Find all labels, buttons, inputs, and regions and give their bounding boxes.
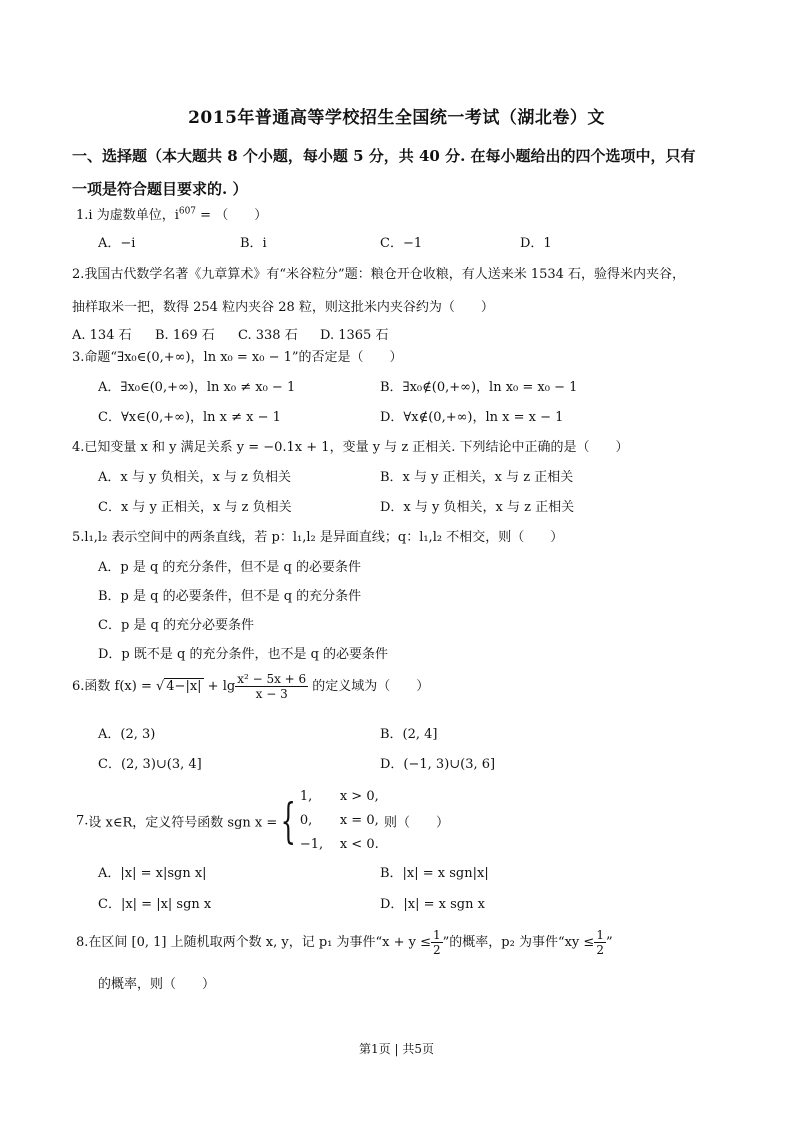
q4-option-c: C．x 与 y 正相关，x 与 z 负相关 (98, 496, 292, 515)
stem-tail: 的定义域为（ ） (308, 679, 429, 694)
question-number: 8. (76, 935, 88, 950)
q5-option-b: B．p 是 q 的必要条件，但不是 q 的充分条件 (98, 585, 361, 604)
q5-option-d: D．p 既不是 q 的充分条件，也不是 q 的必要条件 (98, 643, 388, 662)
question-1-stem: 1.i 为虚数单位，i607 = （ ） (76, 204, 267, 223)
stem-tail: 则（ ） (380, 816, 449, 831)
stem-text: i 为虚数单位，i (88, 208, 178, 223)
case-condition: x < 0. (340, 833, 380, 857)
page-footer: 第1页 | 共5页 (0, 1040, 793, 1057)
question-3-stem: 3.命题“∃x₀∈(0,+∞)，ln x₀ = x₀ − 1”的否定是（ ） (72, 346, 403, 365)
left-brace-icon: { (281, 797, 296, 845)
case-value: −1, (300, 833, 340, 857)
q1-option-d: D．1 (520, 232, 552, 251)
numerator: 1 (431, 928, 443, 943)
case-row: 0,x = 0, (300, 809, 380, 833)
q4-option-d: D．x 与 y 负相关，x 与 z 正相关 (380, 496, 574, 515)
question-5-stem: 5.l₁,l₂ 表示空间中的两条直线，若 p：l₁,l₂ 是异面直线；q：l₁,… (72, 526, 563, 545)
case-condition: x = 0, (340, 809, 380, 833)
case-value: 1, (300, 785, 340, 809)
stem-text: 在区间 [0, 1] 上随机取两个数 x, y，记 p₁ 为事件“x + y ≤ (88, 935, 431, 950)
question-number: 5. (72, 530, 84, 545)
section-heading-line1: 一、选择题（本大题共 8 个小题，每小题 5 分，共 40 分. 在每小题给出的… (72, 145, 696, 166)
q6-option-b: B．(2, 4] (380, 723, 438, 742)
question-number: 6. (72, 679, 84, 694)
q7-option-c: C．|x| = |x| sgn x (98, 893, 211, 912)
stem-text: 设 x∈R，定义符号函数 sgn x = (88, 816, 277, 831)
fraction: 12 (594, 928, 606, 957)
stem-text: 命题“∃x₀∈(0,+∞)，ln x₀ = x₀ − 1”的否定是（ ） (84, 350, 402, 365)
q1-option-b: B．i (240, 232, 267, 251)
section-heading-line2: 一项是符合题目要求的. ） (72, 178, 247, 199)
stem-text: 我国古代数学名著《九章算术》有“米谷粒分”题：粮仓开仓收粮，有人送来米 1534… (84, 267, 685, 282)
case-value: 0, (300, 809, 340, 833)
q6-option-d: D．(−1, 3)∪(3, 6] (380, 753, 495, 772)
stem-text: ” (606, 935, 613, 950)
q6-option-c: C．(2, 3)∪(3, 4] (98, 753, 202, 772)
question-8-stem-line2: 的概率，则（ ） (98, 973, 215, 992)
question-number: 2. (72, 267, 84, 282)
q3-option-d: D．∀x∉(0,+∞)，ln x = x − 1 (380, 406, 563, 425)
case-row: 1,x > 0, (300, 785, 380, 809)
question-2-stem-line2: 抽样取米一把，数得 254 粒内夹谷 28 粒，则这批米内夹谷约为（ ） (72, 296, 494, 315)
question-7-stem: 7.设 x∈R，定义符号函数 sgn x ={ 1,x > 0, 0,x = 0… (76, 785, 449, 857)
q7-option-b: B．|x| = x sgn|x| (380, 862, 489, 881)
q1-option-c: C．−1 (380, 232, 422, 251)
exponent: 607 (179, 207, 196, 217)
question-6-stem: 6.函数 f(x) = √4−|x| + lgx² − 5x + 6x − 3 … (72, 672, 429, 701)
case-condition: x > 0, (340, 785, 380, 809)
lg-term: + lg (204, 679, 236, 694)
question-number: 4. (72, 440, 84, 455)
numerator: 1 (594, 928, 606, 943)
q5-option-a: A．p 是 q 的充分条件，但不是 q 的必要条件 (98, 556, 361, 575)
question-4-stem: 4.已知变量 x 和 y 满足关系 y = −0.1x + 1，变量 y 与 z… (72, 436, 629, 455)
stem-tail: = （ ） (196, 208, 267, 223)
question-2-stem-line1: 2.我国古代数学名著《九章算术》有“米谷粒分”题：粮仓开仓收粮，有人送来米 15… (72, 263, 685, 282)
q2-option-b: B. 169 石 (155, 324, 215, 343)
stem-text: ”的概率，p₂ 为事件“xy ≤ (443, 935, 595, 950)
q2-option-a: A. 134 石 (72, 324, 132, 343)
q7-option-a: A．|x| = x|sgn x| (98, 862, 207, 881)
question-number: 7. (76, 814, 88, 829)
numerator: x² − 5x + 6 (235, 672, 308, 687)
piecewise-cases: 1,x > 0, 0,x = 0, −1,x < 0. (300, 785, 380, 857)
fraction: x² − 5x + 6x − 3 (235, 672, 308, 701)
question-8-stem: 8.在区间 [0, 1] 上随机取两个数 x, y，记 p₁ 为事件“x + y… (76, 928, 613, 957)
q2-option-d: D. 1365 石 (320, 324, 388, 343)
denominator: x − 3 (235, 687, 308, 701)
sqrt-content: 4−|x| (164, 678, 203, 694)
q3-option-b: B．∃x₀∉(0,+∞)，ln x₀ = x₀ − 1 (380, 376, 577, 395)
denominator: 2 (594, 943, 606, 957)
q4-option-b: B．x 与 y 正相关，x 与 z 正相关 (380, 466, 573, 485)
stem-text: l₁,l₂ 表示空间中的两条直线，若 p：l₁,l₂ 是异面直线；q：l₁,l₂… (84, 530, 563, 545)
q1-option-a: A．−i (98, 232, 135, 251)
q3-option-c: C．∀x∈(0,+∞)，ln x ≠ x − 1 (98, 406, 281, 425)
stem-text: 函数 f(x) = (84, 679, 156, 694)
question-number: 3. (72, 350, 84, 365)
q5-option-c: C．p 是 q 的充分必要条件 (98, 614, 254, 633)
denominator: 2 (431, 943, 443, 957)
stem-text: 已知变量 x 和 y 满足关系 y = −0.1x + 1，变量 y 与 z 正… (84, 440, 628, 455)
q2-option-c: C. 338 石 (238, 324, 298, 343)
q3-option-a: A．∃x₀∈(0,+∞)，ln x₀ ≠ x₀ − 1 (98, 376, 295, 395)
case-row: −1,x < 0. (300, 833, 380, 857)
q7-option-d: D．|x| = x sgn x (380, 893, 485, 912)
fraction: 12 (431, 928, 443, 957)
question-number: 1. (76, 208, 88, 223)
q6-option-a: A．(2, 3) (98, 723, 155, 742)
document-title: 2015年普通高等学校招生全国统一考试（湖北卷）文 (0, 103, 793, 128)
q4-option-a: A．x 与 y 负相关，x 与 z 负相关 (98, 466, 291, 485)
